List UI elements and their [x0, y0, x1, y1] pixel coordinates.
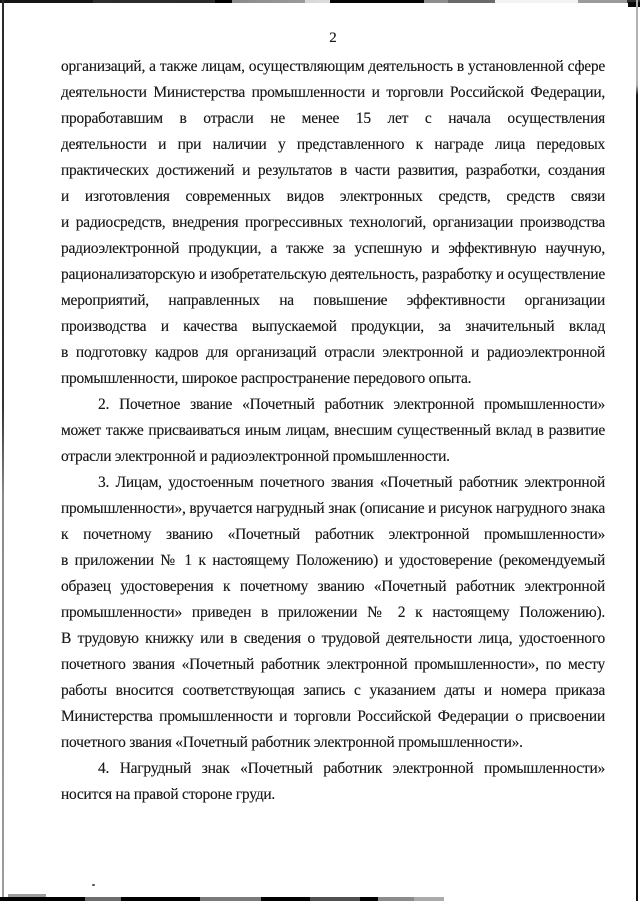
- text-line: В трудовую книжку или в сведения о трудо…: [61, 626, 605, 652]
- text-line: промышленности» приведен в приложении № …: [61, 600, 605, 626]
- text-line: проработавшим в отрасли не менее 15 лет …: [61, 106, 605, 132]
- text-line: промышленности, широкое распространение …: [61, 366, 605, 392]
- text-line: практических достижений и результатов в …: [61, 158, 605, 184]
- scan-artifact-top-edge: [0, 0, 640, 3]
- text-line: рационализаторскую и изобретательскую де…: [61, 262, 605, 288]
- text-line: может также присваиваться иным лицам, вн…: [61, 418, 605, 444]
- text-line: почетного звания «Почетный работник элек…: [61, 652, 605, 678]
- text-line: и изготовления современных видов электро…: [61, 184, 605, 210]
- scan-artifact-bottom-left-patch: [8, 894, 46, 897]
- scanned-document-page: 2 организаций, а также лицам, осуществля…: [0, 0, 640, 901]
- text-line: отрасли электронной и радиоэлектронной п…: [61, 444, 605, 470]
- page-number: 2: [61, 25, 605, 51]
- text-line: 2. Почетное звание «Почетный работник эл…: [61, 392, 605, 418]
- text-line: 4. Нагрудный знак «Почетный работник эле…: [61, 756, 605, 782]
- text-line: деятельности и при наличии у представлен…: [61, 132, 605, 158]
- scan-artifact-bottom-edge: [0, 897, 444, 901]
- text-line: к почетному званию «Почетный работник эл…: [61, 522, 605, 548]
- text-line: 3. Лицам, удостоенным почетного звания «…: [61, 470, 605, 496]
- text-line: промышленности», вручается нагрудный зна…: [61, 496, 605, 522]
- text-line: радиоэлектронной продукции, а также за у…: [61, 236, 605, 262]
- scan-artifact-right-edge-line: [636, 0, 638, 901]
- text-line: почетного звания «Почетный работник элек…: [61, 730, 605, 756]
- text-line: образец удостоверения к почетному званию…: [61, 574, 605, 600]
- text-line: и радиосредств, внедрения прогрессивных …: [61, 210, 605, 236]
- text-line: производства и качества выпускаемой прод…: [61, 314, 605, 340]
- scan-artifact-top-right-block: [628, 2, 640, 7]
- scan-artifact-left-edge-line: [2, 0, 4, 901]
- text-line: мероприятий, направленных на повышение э…: [61, 288, 605, 314]
- text-block: организаций, а также лицам, осуществляющ…: [61, 54, 605, 808]
- text-line: в подготовку кадров для организаций отра…: [61, 340, 605, 366]
- text-line: работы вносится соответствующая запись с…: [61, 678, 605, 704]
- text-line: организаций, а также лицам, осуществляющ…: [61, 54, 605, 80]
- text-line: Министерства промышленности и торговли Р…: [61, 704, 605, 730]
- text-line: деятельности Министерства промышленности…: [61, 80, 605, 106]
- scan-artifact-speck: [92, 884, 95, 886]
- text-line: носится на правой стороне груди.: [61, 782, 605, 808]
- text-line: в приложении № 1 к настоящему Положению)…: [61, 548, 605, 574]
